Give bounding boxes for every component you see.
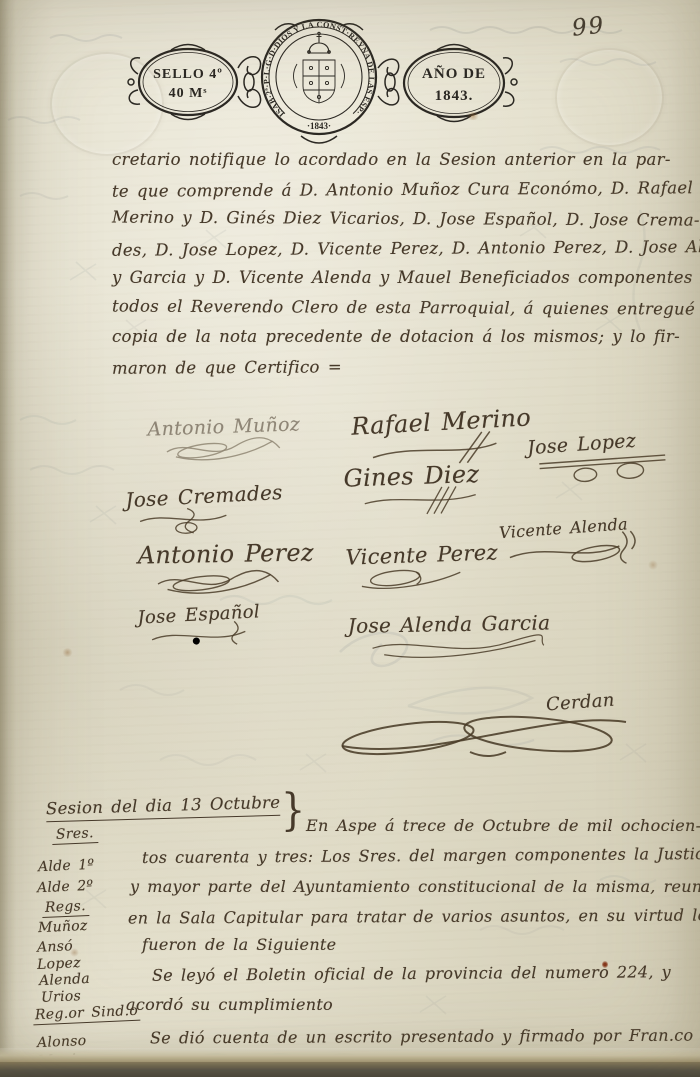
signature-antonio-perez: Antonio Perez [138,538,315,597]
session-heading: Sesion del dia 13 Octubre [46,793,281,823]
margin-item: Muñoz [38,918,88,936]
stamp-left-oval: SELLO 4º 40 Mˢ [139,49,237,115]
session-line: Se leyó el Boletin oficial de la provinc… [152,962,671,985]
signature-vicente-alenda: Vicente Alenda [498,513,651,572]
session-line: Se dió cuenta de un escrito presentado y… [150,1026,693,1048]
manuscript-line: cretario notifique lo acordado en la Ses… [112,150,682,180]
stamp-class-label: SELLO 4º [153,67,223,82]
margin-item: Ansó [37,938,74,956]
signature-name: Jose Alenda Garcia [348,610,568,638]
crown-icon [308,32,331,53]
cerdan-rubric-flourish [330,700,640,768]
shield-icon [294,60,345,103]
margin-item: Regs. [42,898,90,918]
ink-blot [602,961,608,968]
margin-item: Alde 1º [38,857,95,875]
manuscript-line: Merino y D. Ginés Diez Vicarios, D. Jose… [112,208,682,240]
stamp-year-label1: AÑO DE [422,64,486,82]
foxing-spot [62,648,73,657]
signature-vicente-perez: Vicente Perez [345,540,499,595]
session-line: en la Sala Capitular para tratar de vari… [128,905,700,927]
margin-header: Sres. [52,825,98,845]
signature-antonio-munoz: Antonio Muñoz [147,413,301,466]
manuscript-line: y Garcia y D. Vicente Alenda y Mauel Ben… [112,268,682,298]
session-line: En Aspe á trece de Octubre de mil ochoci… [306,816,700,835]
manuscript-line: des, D. Jose Lopez, D. Vicente Perez, D.… [112,237,682,270]
page-bottom-curl [0,1048,700,1062]
margin-item: Urios [41,988,82,1006]
margin-item: Lopez [37,955,82,973]
tax-stamp: SELLO 4º 40 Mˢ ISAB·2ª·P·L·G·D·DIOS Y LA… [125,14,545,154]
session-line: acordó su cumplimiento [126,995,333,1014]
signature-name: Antonio Perez [138,538,315,569]
session-line: fueron de la Siguiente [142,935,336,954]
page-number: 99 [571,12,607,41]
closing-paragraph: cretario notifique lo acordado en la Ses… [112,150,682,386]
blind-embossed-seal [555,48,664,147]
signature-gines-diez: Gines Diez [343,459,495,518]
seal-year: ·1843· [307,121,331,131]
signature-name: Gines Diez [343,459,494,492]
signature-jose-alenda-garcia: Jose Alenda Garcia [348,610,569,662]
foxing-spot [70,948,79,957]
manuscript-page: 99 SELLO 4º 40 Mˢ [0,0,700,1077]
session-line: y mayor parte del Ayuntamiento constituc… [130,877,700,896]
stamp-price-label: 40 Mˢ [169,86,208,101]
signature-jose-cremades: Jose Cremades [125,480,285,538]
royal-seal: ISAB·2ª·P·L·G·D·DIOS Y LA CONST·REYNA DE… [262,20,376,134]
manuscript-line: maron de que Certifico = [112,355,682,388]
stamp-year-label2: 1843. [435,88,474,104]
manuscript-line: copia de la nota precedente de dotacion … [112,327,682,357]
stamp-right-oval: AÑO DE 1843. [404,49,504,117]
binding-edge-shadow [0,0,16,1077]
foxing-spot [648,560,658,570]
foxing-spot [466,112,480,120]
scan-background-strip [0,1062,700,1077]
margin-item: Alde 2º [37,878,94,896]
signature-jose-espanol: Jose Español [137,600,279,654]
manuscript-line: te que comprende á D. Antonio Muñoz Cura… [112,178,682,211]
session-brace: } [281,785,305,836]
session-line: tos cuarenta y tres: Los Sres. del marge… [142,844,700,867]
manuscript-line: todos el Reverendo Clero de esta Parroqu… [112,296,682,328]
margin-item: Alenda [39,971,91,989]
signature-jose-lopez: Jose Lopez [526,427,679,487]
margin-item: Reg.or Sind.o [33,1003,141,1026]
